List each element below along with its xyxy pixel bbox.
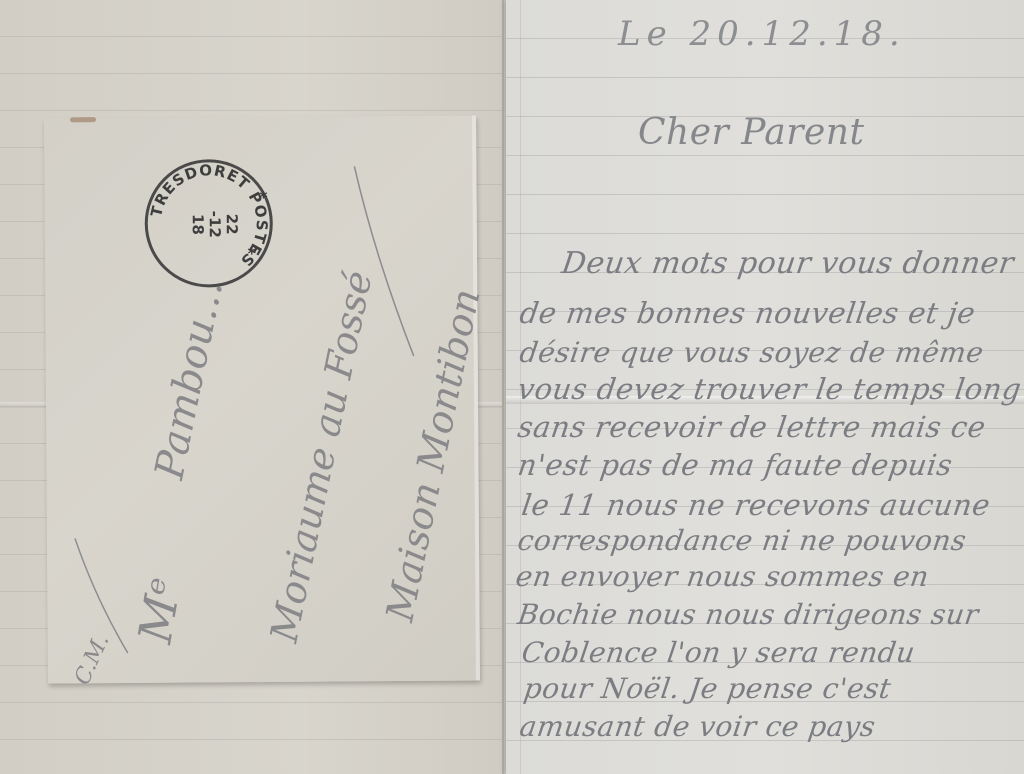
- letter-line-7: le 11 nous ne recevons aucune: [520, 488, 993, 522]
- address-underline-stroke: [55, 538, 136, 659]
- letter-line-3: désire que vous soyez de même: [518, 336, 986, 369]
- letter-page: Le 20.12.18. Cher Parent Deux mots pour …: [506, 0, 1024, 774]
- letter-line-11: Coblence l'on y sera rendu: [520, 636, 918, 669]
- envelope-stain: [70, 117, 96, 122]
- letter-line-5: sans recevoir de lettre mais ce: [516, 410, 988, 444]
- letter-line-1: Deux mots pour vous donner: [560, 246, 1017, 281]
- postmark-year: 18: [189, 196, 206, 252]
- letter-line-12: pour Noël. Je pense c'est: [522, 672, 894, 705]
- postmark-day: 22: [223, 196, 240, 252]
- letter-line-10: Bochie nous nous dirigeons sur: [516, 598, 981, 631]
- letter-salutation: Cher Parent: [638, 112, 864, 153]
- letter-date: Le 20.12.18.: [618, 14, 906, 54]
- envelope-address-title: Mᵉ: [128, 574, 192, 647]
- postmark-stamp: TRESDORET POSTES 22 -12 18 * *: [144, 159, 273, 288]
- postmark-month: -12: [206, 196, 223, 252]
- address-underline-stroke: [344, 166, 425, 367]
- postmark-date: 22 -12 18: [184, 196, 240, 252]
- letter-line-4: vous devez trouver le temps long: [516, 372, 1024, 406]
- envelope: TRESDORET POSTES 22 -12 18 * * Mᵉ Pambou…: [44, 115, 480, 683]
- letter-line-8: correspondance ni ne pouvons: [516, 524, 969, 557]
- letter-line-2: de mes bonnes nouvelles et je: [518, 296, 978, 330]
- envelope-address-name: Pambou…: [147, 276, 233, 483]
- postmark-star-icon: *: [248, 244, 257, 263]
- letter-line-6: n'est pas de ma faute depuis: [516, 448, 955, 482]
- letter-line-13: amusant de voir ce pays: [518, 710, 878, 743]
- postmark-star-icon: *: [259, 188, 268, 207]
- letter-line-9: en envoyer nous sommes en: [514, 560, 932, 593]
